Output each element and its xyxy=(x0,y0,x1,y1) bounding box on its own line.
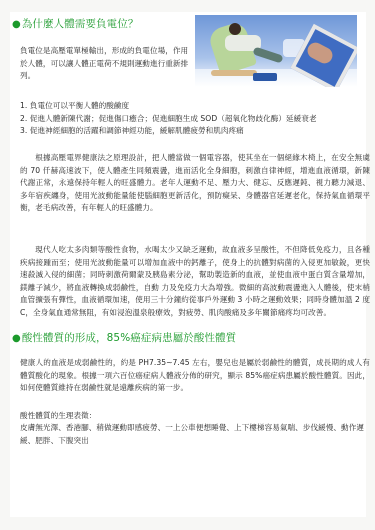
person-head xyxy=(229,23,241,35)
heading-text: 酸性體質的形成，85%癌症病患屬於酸性體質 xyxy=(22,332,236,344)
symptoms-list: 皮膚無光澤、香港腳、稍做運動即感疲勞、一上公車便想睡覺、上下樓梯容易氣喘、步伐緩… xyxy=(20,422,370,447)
intro-paragraph: 負電位是高壓電單極輸出，形成的負電位場，作用於人體，可以讓人體正電荷不規則運動進… xyxy=(20,45,192,83)
bullet-dot-icon: ● xyxy=(12,333,21,344)
content-panel: ●為什麼人體需要負電位？ 負電位是高壓電單極輸出，形成的負電位場，作用於人體，可… xyxy=(10,12,366,517)
section-heading-acidic-constitution: ●酸性體質的形成，85%癌症病患屬於酸性體質 xyxy=(12,330,236,345)
hero-image xyxy=(195,15,357,87)
bullet-dot-icon: ● xyxy=(12,19,21,30)
heading-text: 為什麼人體需要負電位？ xyxy=(22,18,139,30)
list-item: 2. 促進人體新陳代謝；促進傷口癒合；促進細胞生成 SOD（超氧化物歧化酶）延緩… xyxy=(20,113,370,126)
list-item: 1. 負電位可以平衡人體的酸鹼度 xyxy=(20,100,370,113)
foot-device xyxy=(253,73,277,81)
paragraph-design-principle: 根據高壓電界健康法之原理設計，把人體當做一個電容器，使其坐在一個絕緣木椅上，在安… xyxy=(20,152,370,215)
section-heading-negative-potential: ●為什麼人體需要負電位？ xyxy=(12,16,138,31)
paragraph-modern-diet: 現代人吃太多肉類等酸性食物，水喝太少又缺乏運動，故血液多呈酸性，不但降低免疫力，… xyxy=(20,244,370,320)
list-item: 3. 促進神經細胞的活躍和調節神經功能，緩解肌體疲勞和肌肉疼痛 xyxy=(20,125,370,138)
symptoms-title: 酸性體質的生理表徵： xyxy=(20,410,370,423)
benefits-list: 1. 負電位可以平衡人體的酸鹼度 2. 促進人體新陳代謝；促進傷口癒合；促進細胞… xyxy=(20,100,370,138)
acidic-constitution-paragraph: 健康人的血液是成弱鹼性的，約是 PH7.35~7.45 左右，嬰兒也是屬於弱鹼性… xyxy=(20,357,370,395)
